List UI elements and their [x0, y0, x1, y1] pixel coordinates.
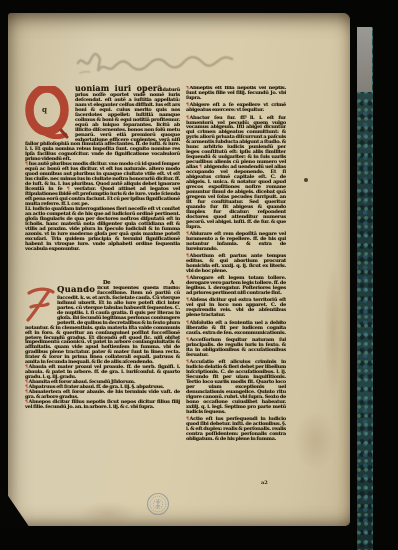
text-paragraph: ¶Abiurare eſt rem depoſitā negare vel iu… — [186, 232, 286, 252]
text-paragraph: ¶Abnepos dicitur filius nepotis ſicut ne… — [25, 400, 180, 410]
lombard-Q-icon: q — [25, 86, 72, 139]
pilcrow-mark: ¶ — [199, 164, 202, 170]
dust-speck — [304, 178, 308, 182]
text-paragraph: ¶Ius autē pluribus modis dicitur. vno mo… — [25, 162, 180, 207]
text-paragraph: ¶Abſolutio eſt a ſententia uel a debito … — [186, 321, 286, 336]
opening-section: Q q uoniam iuri operādaturū prius noſſe … — [25, 85, 180, 279]
pilcrow-mark: ¶ — [25, 399, 28, 405]
library-stamp — [144, 491, 172, 519]
pilcrow-mark: ¶ — [186, 275, 189, 281]
pilcrow-mark: ¶ — [186, 231, 189, 237]
initial-Q: Q q — [25, 86, 72, 139]
quando-word: Quando — [57, 286, 95, 294]
text-paragraph: ¶Abigere eſt a ſe expellere vt crimē abi… — [186, 103, 286, 113]
quando-section: Quandoſicut ſequentes quedā ſtudio: ſucc… — [25, 286, 180, 481]
text-paragraph: ¶Accuſatio eſt alicuius criminis in iudi… — [186, 360, 286, 414]
paper-stain — [294, 411, 336, 471]
text-paragraph: ¶Acceſſorium ſequitur naturam ſui princi… — [186, 338, 286, 358]
rubric-flourish-icon — [25, 286, 55, 323]
section-divider: De A — [25, 279, 180, 286]
scan-background — [0, 526, 342, 550]
pilcrow-mark: ¶ — [186, 297, 189, 303]
pilcrow-mark: ¶ — [186, 416, 189, 422]
pilcrow-mark: ¶ — [25, 161, 28, 167]
pilcrow-mark: ¶ — [186, 337, 189, 343]
text-paragraph: ¶Abneptis eſt filia nepotis vel neptis. … — [186, 86, 286, 101]
right-text-column: ¶Abneptis eſt filia nepotis vel neptis. … — [186, 86, 286, 484]
text-paragraph: ¶Actio eſt ius perſequendi in iudicio qu… — [186, 417, 286, 442]
text-paragraph: ¶Abſens dicitur qui extra territoriū eſt… — [186, 298, 286, 318]
pilcrow-mark: ¶ — [186, 253, 189, 259]
pilcrow-mark: ¶ — [186, 86, 189, 91]
book-page: Q q uoniam iuri operādaturū prius noſſe … — [8, 13, 350, 526]
alphabet-letter: A — [170, 280, 174, 286]
pilcrow-mark: ¶ — [186, 359, 189, 365]
text-paragraph: ¶Abrogare eſt legem totam tollere. derog… — [186, 276, 286, 296]
pilcrow-mark: ¶ — [25, 389, 28, 395]
incipit-heading: uoniam iuri operā — [75, 85, 163, 93]
cover-edge-top — [357, 27, 372, 92]
pilcrow-mark: ¶ — [67, 186, 70, 192]
pilcrow-mark: ¶ — [186, 320, 189, 326]
quire-signature: a2 — [261, 481, 268, 486]
pilcrow-mark: ¶ — [25, 364, 28, 370]
text-paragraph: Li. iudicio quaſdam interrogationes fier… — [25, 207, 180, 252]
rubricator-guide-letter: q — [42, 105, 47, 114]
left-text-column: Q q uoniam iuri operādaturū prius noſſe … — [25, 85, 180, 481]
handwritten-inscription — [66, 41, 256, 81]
pilcrow-mark: ¶ — [186, 102, 189, 108]
divider-word: De — [103, 280, 110, 286]
text-paragraph: ¶Abortium eſt partus ante tempus editus.… — [186, 254, 286, 274]
pilcrow-mark: ¶ — [186, 115, 189, 121]
text-paragraph: ¶Abauia eſt mater proaui vel proauie. ff… — [25, 365, 180, 380]
text-paragraph: ¶Abactor ſeu fur. ff. li. i. eſt fur ium… — [186, 116, 286, 230]
scanned-incunable-page: Q q uoniam iuri operādaturū prius noſſe … — [0, 0, 398, 550]
marbled-cover-edge — [357, 27, 373, 550]
paper-stain — [78, 501, 138, 527]
